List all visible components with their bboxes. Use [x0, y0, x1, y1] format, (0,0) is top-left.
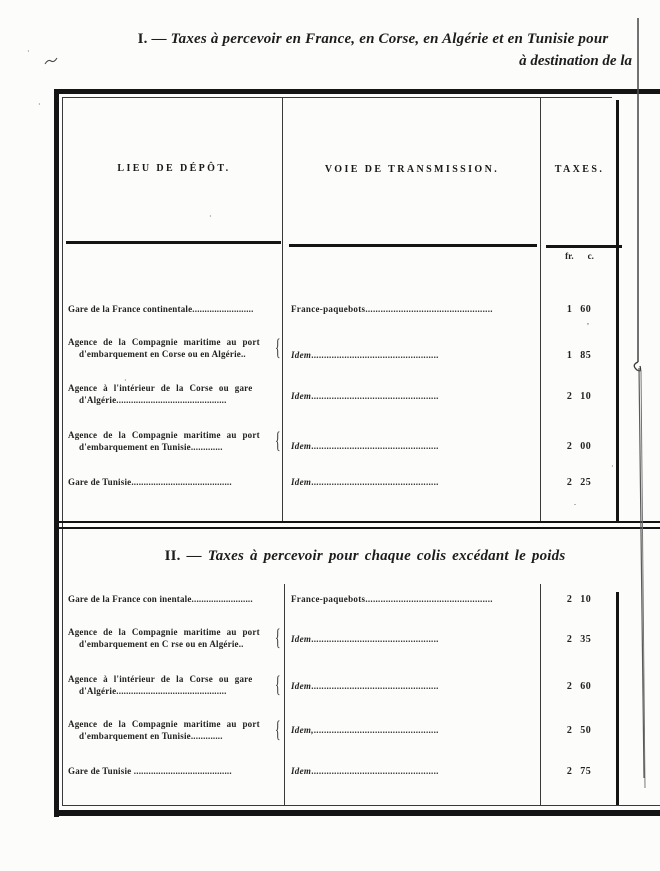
voie-label: France-paquebots	[291, 304, 365, 314]
lieu-line: d'embarquement en Tunisie.............	[68, 442, 281, 454]
lieu-line: Agence à l'intérieur de la Corse ou gare	[68, 383, 281, 395]
table-row-lieu: Agence de la Compagnie maritime au port …	[68, 337, 281, 360]
voie-label: Idem	[291, 681, 311, 691]
lieu-line: Gare de Tunisie ........................…	[68, 766, 281, 778]
table-row-voie: Idem....................................…	[291, 391, 538, 402]
dot-leader: ........................................…	[314, 725, 439, 735]
table-row-lieu: Gare de la France continentale..........…	[68, 304, 281, 316]
ink-speck: ·	[38, 100, 41, 109]
column-divider-voie-taxes-s2	[540, 584, 541, 805]
lieu-line: d'embarquement en C rse ou en Algérie..	[68, 639, 281, 651]
dot-leader: ........................................…	[311, 350, 439, 360]
ink-speck: ,	[587, 317, 589, 326]
section1-title-text: Taxes à percevoir en France, en Corse, e…	[171, 31, 609, 47]
column-header-voie: VOIE DE TRANSMISSION.	[284, 164, 540, 175]
voie-label: France-paquebots	[291, 594, 365, 604]
voie-label: Idem	[291, 477, 311, 487]
lieu-line: d'Algérie...............................…	[68, 395, 281, 407]
table-border-bottom-outer	[55, 810, 660, 816]
lieu-line: Gare de la France continentale..........…	[68, 304, 281, 316]
header-rule-taxes	[546, 245, 622, 248]
taxe-centimes: 10	[580, 391, 591, 402]
table-row-taxe: 2 10	[543, 594, 615, 605]
taxe-centimes: 60	[580, 681, 591, 692]
table-border-left-outer	[54, 89, 59, 817]
brace-mark: {	[275, 718, 281, 741]
table-row-taxe: 1 85	[543, 350, 615, 361]
column-divider-lieu-voie-s2	[284, 584, 285, 805]
lieu-line: Gare de la France con inentale..........…	[68, 594, 281, 606]
page-fold-artifact	[618, 10, 658, 815]
brace-mark: {	[275, 429, 281, 452]
table-row-voie: France-paquebots........................…	[291, 304, 538, 315]
table-row-taxe: 1 60	[543, 304, 615, 315]
ink-speck: .	[574, 498, 576, 507]
dot-leader: ........................................…	[311, 477, 439, 487]
table-row-voie: Idem....................................…	[291, 681, 538, 692]
table-border-left-inner	[62, 97, 63, 806]
voie-label: Idem	[291, 441, 311, 451]
section1-title-continuation: à destination de la	[112, 53, 632, 70]
ink-speck: ·	[27, 47, 30, 56]
table-row-voie: Idem....................................…	[291, 441, 538, 452]
section2-title-prefix: II. —	[165, 548, 202, 564]
dot-leader: ........................................…	[311, 441, 439, 451]
table-row-lieu: Gare de la France con inentale..........…	[68, 594, 281, 606]
taxe-centimes: 10	[580, 594, 591, 605]
lieu-line: d'embarquement en Corse ou en Algérie..	[68, 349, 281, 361]
currency-centimes-label: c.	[588, 251, 594, 261]
column-divider-voie-taxes-s1	[540, 98, 541, 521]
table-row-taxe: 2 25	[543, 477, 615, 488]
table-row-taxe: 2 00	[543, 441, 615, 452]
table-row-lieu: Agence de la Compagnie maritime au port …	[68, 430, 281, 453]
taxe-centimes: 25	[580, 477, 591, 488]
voie-label: Idem	[291, 766, 311, 776]
taxe-francs: 2	[567, 594, 572, 605]
lieu-line: Agence de la Compagnie maritime au port	[68, 430, 281, 442]
section-divider-lower	[55, 527, 660, 529]
dot-leader: ........................................…	[311, 634, 439, 644]
table-row-voie: Idem,...................................…	[291, 725, 538, 736]
ink-speck: ·	[209, 212, 212, 221]
voie-label: Idem	[291, 634, 311, 644]
lieu-line: Agence de la Compagnie maritime au port	[68, 337, 281, 349]
taxe-francs: 2	[567, 725, 572, 736]
table-row-voie: France-paquebots........................…	[291, 594, 538, 605]
table-row-lieu: Agence à l'intérieur de la Corse ou gare…	[68, 383, 281, 406]
table-row-taxe: 2 35	[543, 634, 615, 645]
dot-leader: ........................................…	[311, 766, 439, 776]
brace-mark: {	[275, 336, 281, 359]
voie-label: Idem,	[291, 725, 314, 735]
column-header-lieu: LIEU DE DÉPÔT.	[66, 163, 282, 174]
section2-title-text: Taxes à percevoir pour chaque colis excé…	[208, 548, 566, 564]
voie-label: Idem	[291, 391, 311, 401]
section1-title: I. — Taxes à percevoir en France, en Cor…	[112, 31, 634, 48]
brace-mark: {	[275, 673, 281, 696]
section-divider-upper	[55, 521, 660, 523]
ink-speck: ·	[611, 462, 614, 471]
table-border-top-outer	[55, 89, 660, 94]
section2-title: II. — Taxes à percevoir pour chaque coli…	[100, 548, 630, 565]
header-rule-voie	[289, 244, 537, 247]
table-row-lieu: Agence de la Compagnie maritime au port …	[68, 719, 281, 742]
taxe-francs: 1	[567, 304, 572, 315]
lieu-line: d'Algérie...............................…	[68, 686, 281, 698]
brace-mark: {	[275, 626, 281, 649]
column-header-taxes: TAXES.	[541, 164, 618, 175]
taxe-centimes: 75	[580, 766, 591, 777]
table-row-taxe: 2 60	[543, 681, 615, 692]
table-border-top-inner	[62, 97, 612, 98]
taxe-centimes: 35	[580, 634, 591, 645]
table-row-taxe: 2 50	[543, 725, 615, 736]
currency-header: fr. c.	[541, 251, 618, 261]
table-row-lieu: Gare de Tunisie ........................…	[68, 766, 281, 778]
table-row-voie: Idem....................................…	[291, 634, 538, 645]
header-rule-lieu	[66, 241, 281, 244]
voie-label: Idem	[291, 350, 311, 360]
dot-leader: ........................................…	[311, 681, 439, 691]
table-row-taxe: 2 10	[543, 391, 615, 402]
scanned-document-page: I. — Taxes à percevoir en France, en Cor…	[0, 0, 660, 871]
table-row-voie: Idem....................................…	[291, 477, 538, 488]
currency-francs-label: fr.	[565, 251, 573, 261]
lieu-line: Agence de la Compagnie maritime au port	[68, 627, 281, 639]
column-divider-lieu-voie-s1	[282, 98, 283, 521]
taxe-centimes: 60	[580, 304, 591, 315]
taxe-francs: 1	[567, 350, 572, 361]
dot-leader: ........................................…	[365, 304, 493, 314]
taxe-francs: 2	[567, 391, 572, 402]
taxe-centimes: 50	[580, 725, 591, 736]
table-row-taxe: 2 75	[543, 766, 615, 777]
table-row-voie: Idem....................................…	[291, 766, 538, 777]
table-row-lieu: Agence à l'intérieur de la Corse ou gare…	[68, 674, 281, 697]
table-row-lieu: Agence de la Compagnie maritime au port …	[68, 627, 281, 650]
taxe-francs: 2	[567, 766, 572, 777]
lieu-line: Agence de la Compagnie maritime au port	[68, 719, 281, 731]
dot-leader: ........................................…	[311, 391, 439, 401]
handwritten-mark	[44, 53, 58, 71]
lieu-line: Agence à l'intérieur de la Corse ou gare	[68, 674, 281, 686]
taxe-francs: 2	[567, 441, 572, 452]
table-row-lieu: Gare de Tunisie.........................…	[68, 477, 281, 489]
table-row-voie: Idem....................................…	[291, 350, 538, 361]
taxe-francs: 2	[567, 681, 572, 692]
taxe-centimes: 00	[580, 441, 591, 452]
taxe-francs: 2	[567, 477, 572, 488]
table-border-bottom-inner	[62, 805, 660, 806]
taxe-francs: 2	[567, 634, 572, 645]
taxe-centimes: 85	[580, 350, 591, 361]
lieu-line: Gare de Tunisie.........................…	[68, 477, 281, 489]
section1-title-prefix: I. —	[138, 31, 167, 47]
lieu-line: d'embarquement en Tunisie.............	[68, 731, 281, 743]
dot-leader: ........................................…	[365, 594, 493, 604]
